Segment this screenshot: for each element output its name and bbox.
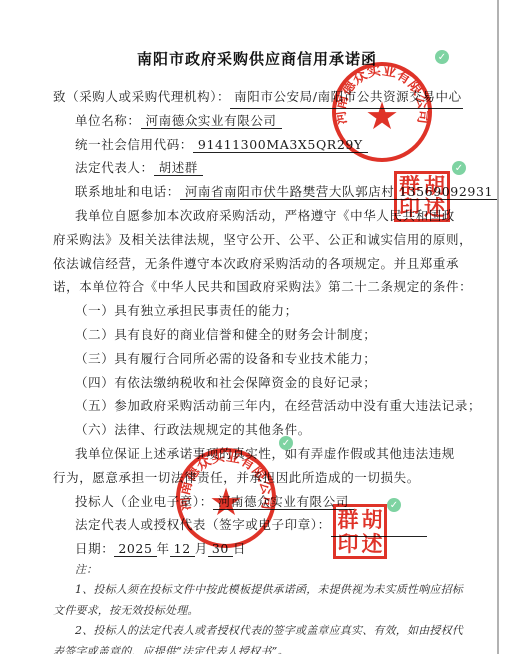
pledge-line: 诺，本单位符合《中华人民共和国政府采购法》第二十二条规定的条件： [53, 275, 463, 299]
page-right-border [497, 0, 499, 654]
field-address-phone-label: 联系地址和电话： [75, 184, 180, 199]
notes-section: 注： 1、投标人须在投标文件中按此模板提供承诺函，未提供视为未实质性响应招标 文… [53, 560, 465, 654]
field-company-name-label: 单位名称： [75, 113, 141, 128]
seal-star-icon: ★ [365, 94, 399, 138]
credit-commitment-letter-page: 南阳市政府采购供应商信用承诺函 致（采购人或采购代理机构）：南阳市公安局/南阳市… [0, 0, 510, 654]
company-seal-icon: 河南德众实业有限公司 ★ [174, 446, 278, 550]
verified-check-icon: ✓ [279, 436, 293, 450]
note-line: 1、投标人须在投标文件中按此模板提供承诺函，未提供视为未实质性响应招标 [53, 580, 465, 600]
recipient-label: 致（采购人或采购代理机构）： [53, 85, 230, 109]
field-company-name-value: 河南德众实业有限公司 [141, 113, 282, 129]
field-credit-code-label: 统一社会信用代码： [75, 137, 193, 152]
pledge-line: 依法诚信经营，无条件遵守本次政府采购活动的各项规定。并且郑重承 [53, 252, 463, 276]
company-seal-icon: 河南德众实业有限公司 ★ [330, 60, 434, 164]
personal-seal-icon: 群 胡 印 述 [394, 171, 450, 222]
verified-check-icon: ✓ [387, 498, 401, 512]
seal-star-icon: ★ [209, 480, 243, 524]
condition-item: （二）具有良好的商业信誉和健全的财务会计制度； [53, 323, 463, 347]
condition-item: （四）有依法缴纳税收和社会保障资金的良好记录； [53, 371, 463, 395]
note-line: 2、投标人的法定代表人或者授权代表的签字或盖章应真实、有效，如由授权代 [53, 621, 465, 641]
condition-item: （五）参加政府采购活动前三年内，在经营活动中没有重大违法记录； [53, 394, 463, 418]
verified-check-icon: ✓ [435, 50, 449, 64]
personal-seal-icon: 群 胡 印 述 [333, 504, 387, 559]
date-year: 2025 [114, 541, 156, 557]
condition-item: （一）具有独立承担民事责任的能力； [53, 299, 463, 323]
condition-item: （三）具有履行合同所必需的设备和专业技术能力； [53, 347, 463, 371]
field-legal-rep-value: 胡述群 [154, 160, 203, 176]
condition-item: （六）法律、行政法规规定的其他条件。 [53, 418, 463, 442]
note-line: 表签字或盖章的，应提供“法定代表人授权书”。 [53, 642, 465, 654]
pledge-line: 府采购法》及相关法律法规，坚守公开、公平、公正和诚实信用的原则， [53, 228, 463, 252]
date-year-unit: 年 [157, 541, 170, 556]
note-line: 文件要求，按无效投标处理。 [53, 601, 465, 621]
date-label: 日期： [75, 541, 114, 556]
field-address-phone-value: 河南省南阳市伏牛路樊营大队郭店村 13569092931 [180, 184, 498, 200]
notes-heading: 注： [53, 560, 465, 580]
field-legal-rep-label: 法定代表人： [75, 160, 154, 175]
verified-check-icon: ✓ [452, 161, 466, 175]
